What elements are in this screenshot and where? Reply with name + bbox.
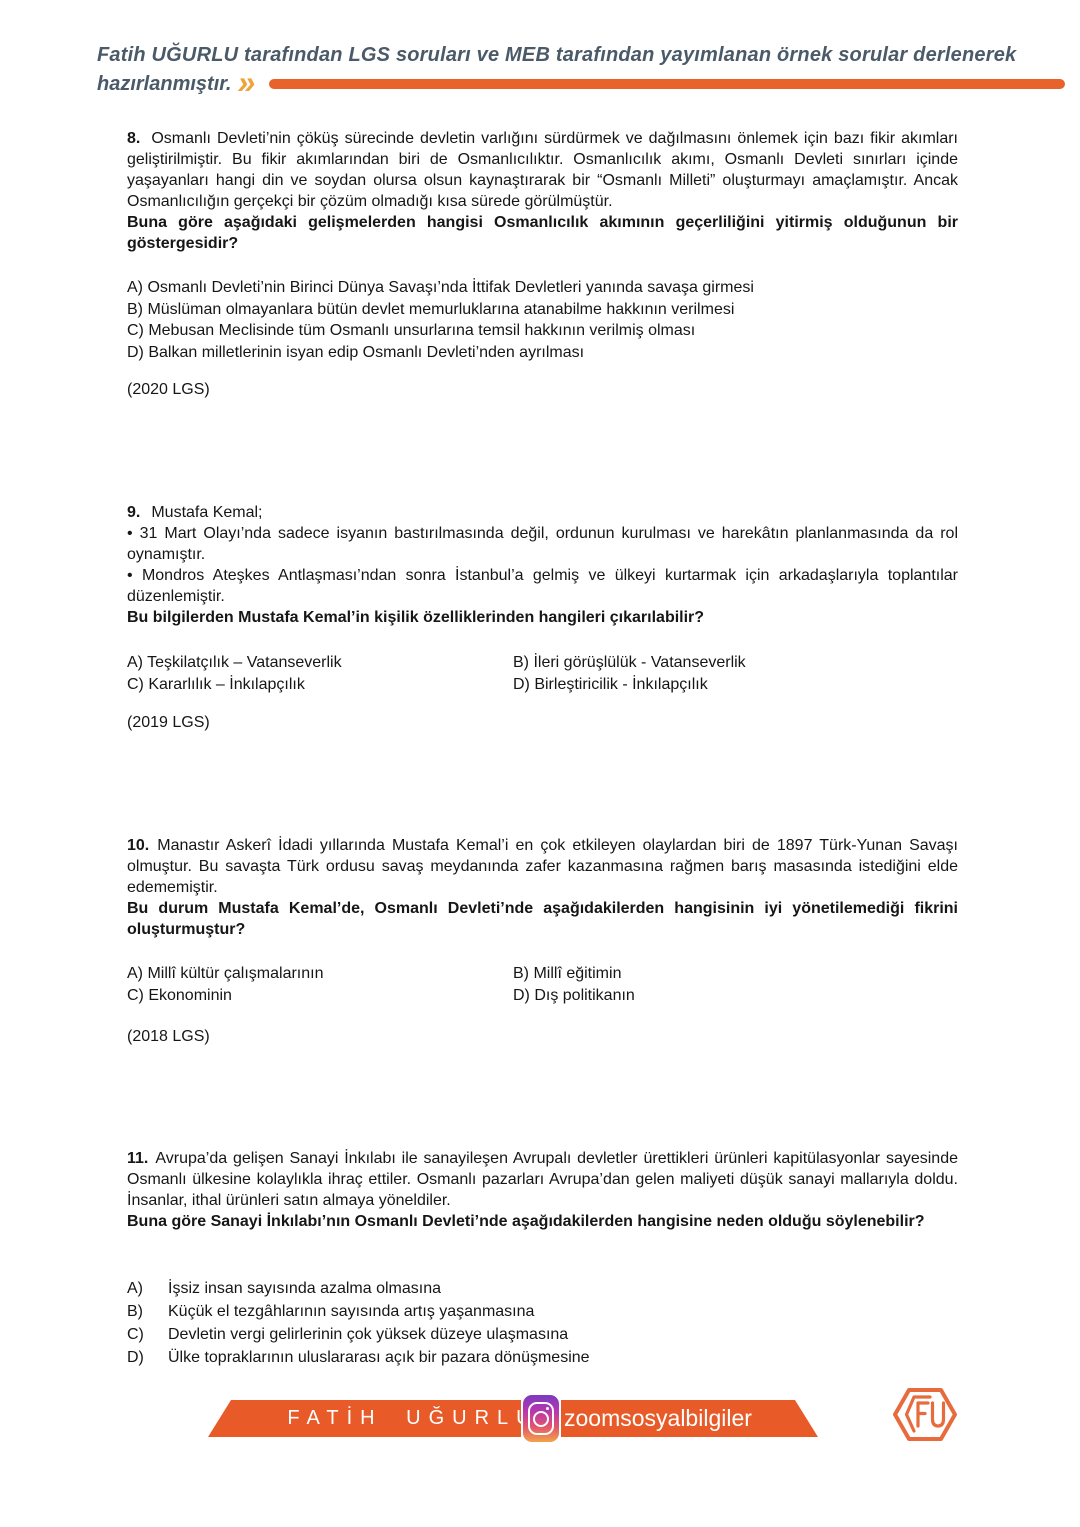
- question-number: 8.: [127, 130, 140, 147]
- option-a: A) İşsiz insan sayısında azalma olmasına: [127, 1277, 958, 1300]
- double-chevron-icon: »: [238, 72, 256, 92]
- option-d: D) Dış politikanın: [513, 985, 958, 1007]
- option-text: Küçük el tezgâhlarının sayısında artış y…: [168, 1300, 534, 1323]
- question-8-options: A) Osmanlı Devleti’nin Birinci Dünya Sav…: [127, 277, 958, 363]
- option-d: D) Ülke topraklarının uluslararası açık …: [127, 1346, 958, 1369]
- question-body: Avrupa’da gelişen Sanayi İnkılabı ile sa…: [127, 1150, 958, 1209]
- option-letter: C): [127, 1323, 168, 1346]
- instagram-icon: [521, 1395, 561, 1442]
- question-9-source-tag: (2019 LGS): [127, 712, 958, 733]
- fu-hexagon-logo: [893, 1386, 957, 1443]
- option-a: A) Osmanlı Devleti’nin Birinci Dünya Sav…: [127, 277, 958, 299]
- document-page: Fatih UĞURLU tarafından LGS soruları ve …: [0, 0, 1080, 1527]
- question-9: 9.Mustafa Kemal; • 31 Mart Olayı’nda sad…: [127, 502, 958, 628]
- question-11: 11.Avrupa’da gelişen Sanayi İnkılabı ile…: [127, 1148, 958, 1232]
- option-d: D) Balkan milletlerinin isyan edip Osman…: [127, 342, 958, 364]
- header-line2-text: hazırlanmıştır.: [97, 73, 232, 96]
- option-b: B) Müslüman olmayanlara bütün devlet mem…: [127, 299, 958, 321]
- header-rule: [269, 79, 1065, 89]
- option-b: B) Küçük el tezgâhlarının sayısında artı…: [127, 1300, 958, 1323]
- question-body: Manastır Askerî İdadi yıllarında Mustafa…: [127, 837, 958, 896]
- option-c: C) Kararlılık – İnkılapçılık: [127, 674, 513, 696]
- bullet-item: • 31 Mart Olayı’nda sadece isyanın bastı…: [127, 523, 958, 565]
- option-text: Devletin vergi gelirlerinin çok yüksek d…: [168, 1323, 568, 1346]
- question-body: Osmanlı Devleti’nin çöküş sürecinde devl…: [127, 130, 958, 210]
- question-stem: Bu durum Mustafa Kemal’de, Osmanlı Devle…: [127, 898, 958, 940]
- option-text: Ülke topraklarının uluslararası açık bir…: [168, 1346, 590, 1369]
- question-10-options: A) Millî kültür çalışmalarının B) Millî …: [127, 963, 958, 1007]
- question-stem: Buna göre aşağıdaki gelişmelerden hangis…: [127, 212, 958, 254]
- option-a: A) Teşkilatçılık – Vatanseverlik: [127, 652, 513, 674]
- footer-banner: FATİH UĞURLU zoomsosyalbilgiler: [208, 1400, 818, 1437]
- option-a: A) Millî kültür çalışmalarının: [127, 963, 513, 985]
- option-d: D) Birleştiricilik - İnkılapçılık: [513, 674, 958, 696]
- question-8-source-tag: (2020 LGS): [127, 379, 958, 400]
- option-letter: A): [127, 1277, 168, 1300]
- option-b: B) İleri görüşlülük - Vatanseverlik: [513, 652, 958, 674]
- footer-author-name: FATİH UĞURLU: [304, 1400, 522, 1437]
- question-number: 11.: [127, 1150, 148, 1167]
- question-11-options: A) İşsiz insan sayısında azalma olmasına…: [127, 1277, 958, 1369]
- footer-instagram-handle: zoomsosyalbilgiler: [564, 1400, 752, 1437]
- question-intro: Mustafa Kemal;: [151, 504, 262, 521]
- option-b: B) Millî eğitimin: [513, 963, 958, 985]
- question-stem: Buna göre Sanayi İnkılabı’nın Osmanlı De…: [127, 1211, 958, 1232]
- bullet-item: • Mondros Ateşkes Antlaşması’ndan sonra …: [127, 565, 958, 607]
- option-c: C) Ekonominin: [127, 985, 513, 1007]
- header-line2: hazırlanmıştır. »: [97, 70, 1065, 98]
- option-c: C) Mebusan Meclisinde tüm Osmanlı unsurl…: [127, 320, 958, 342]
- question-8: 8.Osmanlı Devleti’nin çöküş sürecinde de…: [127, 128, 958, 254]
- question-number: 9.: [127, 504, 140, 521]
- question-10: 10.Manastır Askerî İdadi yıllarında Must…: [127, 835, 958, 940]
- question-stem: Bu bilgilerden Mustafa Kemal’in kişilik …: [127, 607, 958, 628]
- option-c: C) Devletin vergi gelirlerinin çok yükse…: [127, 1323, 958, 1346]
- question-9-options: A) Teşkilatçılık – Vatanseverlik B) İler…: [127, 652, 958, 696]
- question-number: 10.: [127, 837, 149, 854]
- option-letter: B): [127, 1300, 168, 1323]
- option-letter: D): [127, 1346, 168, 1369]
- question-10-source-tag: (2018 LGS): [127, 1026, 958, 1047]
- option-text: İşsiz insan sayısında azalma olmasına: [168, 1277, 441, 1300]
